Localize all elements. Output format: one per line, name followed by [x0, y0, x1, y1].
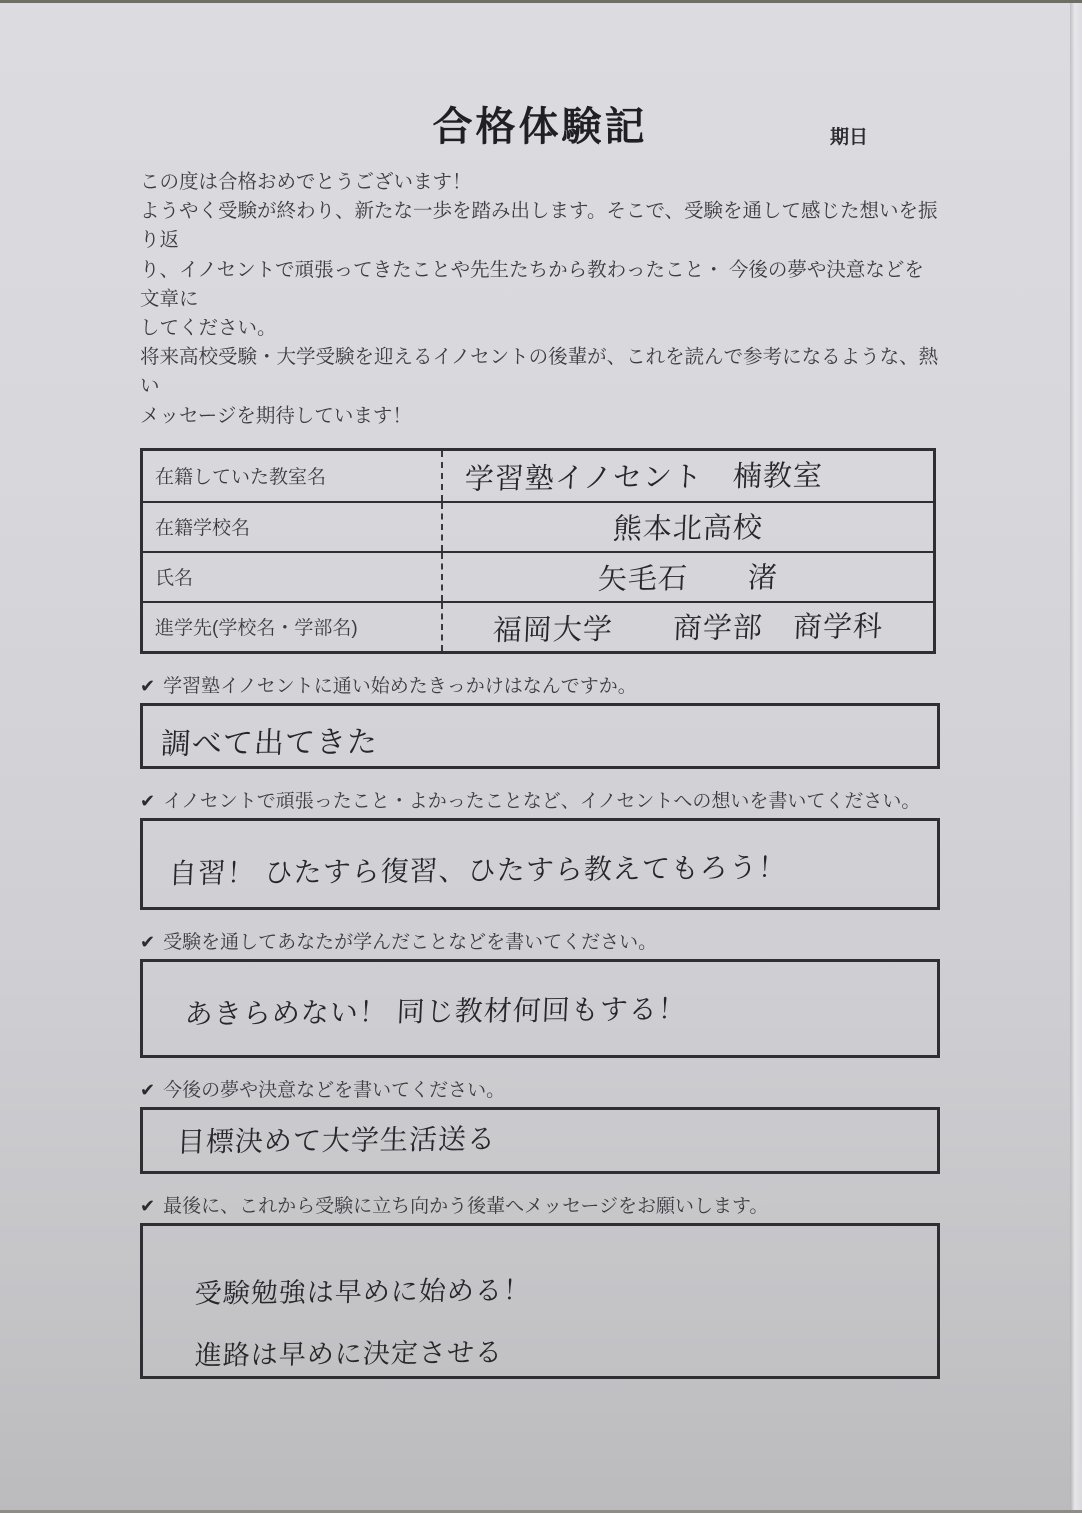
handwritten-answer: 自習！ ひたすら復習、ひたすら教えてもろう！ — [168, 846, 788, 892]
question-section-4: ✔ 今後の夢や決意などを書いてください。 目標決めて大学生活送る — [140, 1078, 940, 1174]
table-row: 在籍学校名 熊本北高校 — [143, 501, 933, 551]
handwritten-answer: 受験勉強は早めに始める！ — [194, 1268, 532, 1311]
scanned-form-photo: 合格体験記 期日 この度は合格おめでとうございます！ ようやく受験が終わり、新た… — [0, 0, 1082, 1513]
check-icon: ✔ — [140, 789, 155, 813]
handwritten-value: 学習塾イノセント 楠教室 — [464, 453, 824, 498]
form-content: 合格体験記 期日 この度は合格おめでとうございます！ ようやく受験が終わり、新た… — [140, 0, 940, 1379]
answer-box: 目標決めて大学生活送る — [140, 1107, 940, 1174]
table-row: 在籍していた教室名 学習塾イノセント 楠教室 — [143, 451, 933, 501]
handwritten-answer: 調べて出てきた — [160, 717, 379, 763]
answer-box: 調べて出てきた — [140, 703, 940, 769]
form-header: 合格体験記 期日 — [140, 0, 940, 151]
question-prompt: ✔ 今後の夢や決意などを書いてください。 — [140, 1078, 940, 1103]
row-value-destination: 福岡大学 商学部 商学科 — [441, 603, 933, 651]
question-prompt: ✔ イノセントで頑張ったこと・よかったことなど、イノセントへの想いを書いてくださ… — [140, 789, 940, 814]
check-icon: ✔ — [140, 1194, 155, 1218]
date-label: 期日 — [830, 122, 868, 149]
table-row: 進学先(学校名・学部名) 福岡大学 商学部 商学科 — [143, 601, 933, 651]
question-prompt: ✔ 最後に、これから受験に立ち向かう後輩へメッセージをお願いします。 — [140, 1194, 940, 1219]
table-row: 氏名 矢毛石 渚 — [143, 551, 933, 601]
intro-line: メッセージを期待しています！ — [140, 402, 940, 431]
handwritten-answer: あきらめない！ 同じ教材何回もする！ — [184, 987, 688, 1032]
question-section-2: ✔ イノセントで頑張ったこと・よかったことなど、イノセントへの想いを書いてくださ… — [140, 789, 940, 910]
student-info-table: 在籍していた教室名 学習塾イノセント 楠教室 在籍学校名 熊本北高校 氏名 矢毛… — [140, 448, 936, 654]
handwritten-answer: 目標決めて大学生活送る — [176, 1117, 497, 1160]
question-section-5: ✔ 最後に、これから受験に立ち向かう後輩へメッセージをお願いします。 受験勉強は… — [140, 1194, 940, 1379]
answer-box: 受験勉強は早めに始める！ 進路は早めに決定させる — [140, 1223, 940, 1379]
handwritten-answer: 進路は早めに決定させる — [194, 1330, 504, 1372]
intro-line: 将来高校受験・大学受験を迎えるイノセントの後輩が、これを読んで参考になるような、… — [140, 343, 940, 401]
intro-line: り、イノセントで頑張ってきたことや先生たちから教わったこと・ 今後の夢や決意など… — [140, 256, 940, 314]
row-label-school: 在籍学校名 — [143, 503, 441, 551]
question-prompt: ✔ 学習塾イノセントに通い始めたきっかけはなんですか。 — [140, 674, 940, 699]
row-label-name: 氏名 — [143, 553, 441, 601]
page-title: 合格体験記 — [140, 103, 940, 151]
answer-box: 自習！ ひたすら復習、ひたすら教えてもろう！ — [140, 818, 940, 910]
check-icon: ✔ — [140, 1078, 155, 1102]
prompt-text: 受験を通してあなたが学んだことなどを書いてください。 — [163, 931, 657, 955]
intro-line: してください。 — [140, 314, 940, 343]
row-value-school: 熊本北高校 — [441, 503, 933, 551]
prompt-text: 最後に、これから受験に立ち向かう後輩へメッセージをお願いします。 — [163, 1195, 768, 1219]
check-icon: ✔ — [140, 930, 155, 954]
prompt-text: 今後の夢や決意などを書いてください。 — [163, 1079, 505, 1103]
question-section-1: ✔ 学習塾イノセントに通い始めたきっかけはなんですか。 調べて出てきた — [140, 674, 940, 769]
paper-right-edge — [1070, 3, 1082, 1513]
answer-box: あきらめない！ 同じ教材何回もする！ — [140, 959, 940, 1058]
row-label-classroom: 在籍していた教室名 — [143, 451, 441, 501]
question-section-3: ✔ 受験を通してあなたが学んだことなどを書いてください。 あきらめない！ 同じ教… — [140, 930, 940, 1058]
prompt-text: イノセントで頑張ったこと・よかったことなど、イノセントへの想いを書いてください。 — [163, 790, 920, 814]
handwritten-value: 福岡大学 商学部 商学科 — [492, 604, 884, 649]
row-label-destination: 進学先(学校名・学部名) — [143, 603, 441, 651]
intro-line: ようやく受験が終わり、新たな一歩を踏み出します。そこで、受験を通して感じた想いを… — [140, 197, 940, 255]
row-value-name: 矢毛石 渚 — [441, 553, 933, 601]
row-value-classroom: 学習塾イノセント 楠教室 — [441, 451, 933, 501]
intro-line: この度は合格おめでとうございます！ — [140, 168, 940, 197]
handwritten-value: 矢毛石 渚 — [597, 555, 779, 598]
question-prompt: ✔ 受験を通してあなたが学んだことなどを書いてください。 — [140, 930, 940, 955]
prompt-text: 学習塾イノセントに通い始めたきっかけはなんですか。 — [163, 675, 637, 699]
intro-paragraph: この度は合格おめでとうございます！ ようやく受験が終わり、新たな一歩を踏み出しま… — [140, 168, 940, 431]
handwritten-value: 熊本北高校 — [612, 506, 764, 549]
check-icon: ✔ — [140, 674, 155, 698]
